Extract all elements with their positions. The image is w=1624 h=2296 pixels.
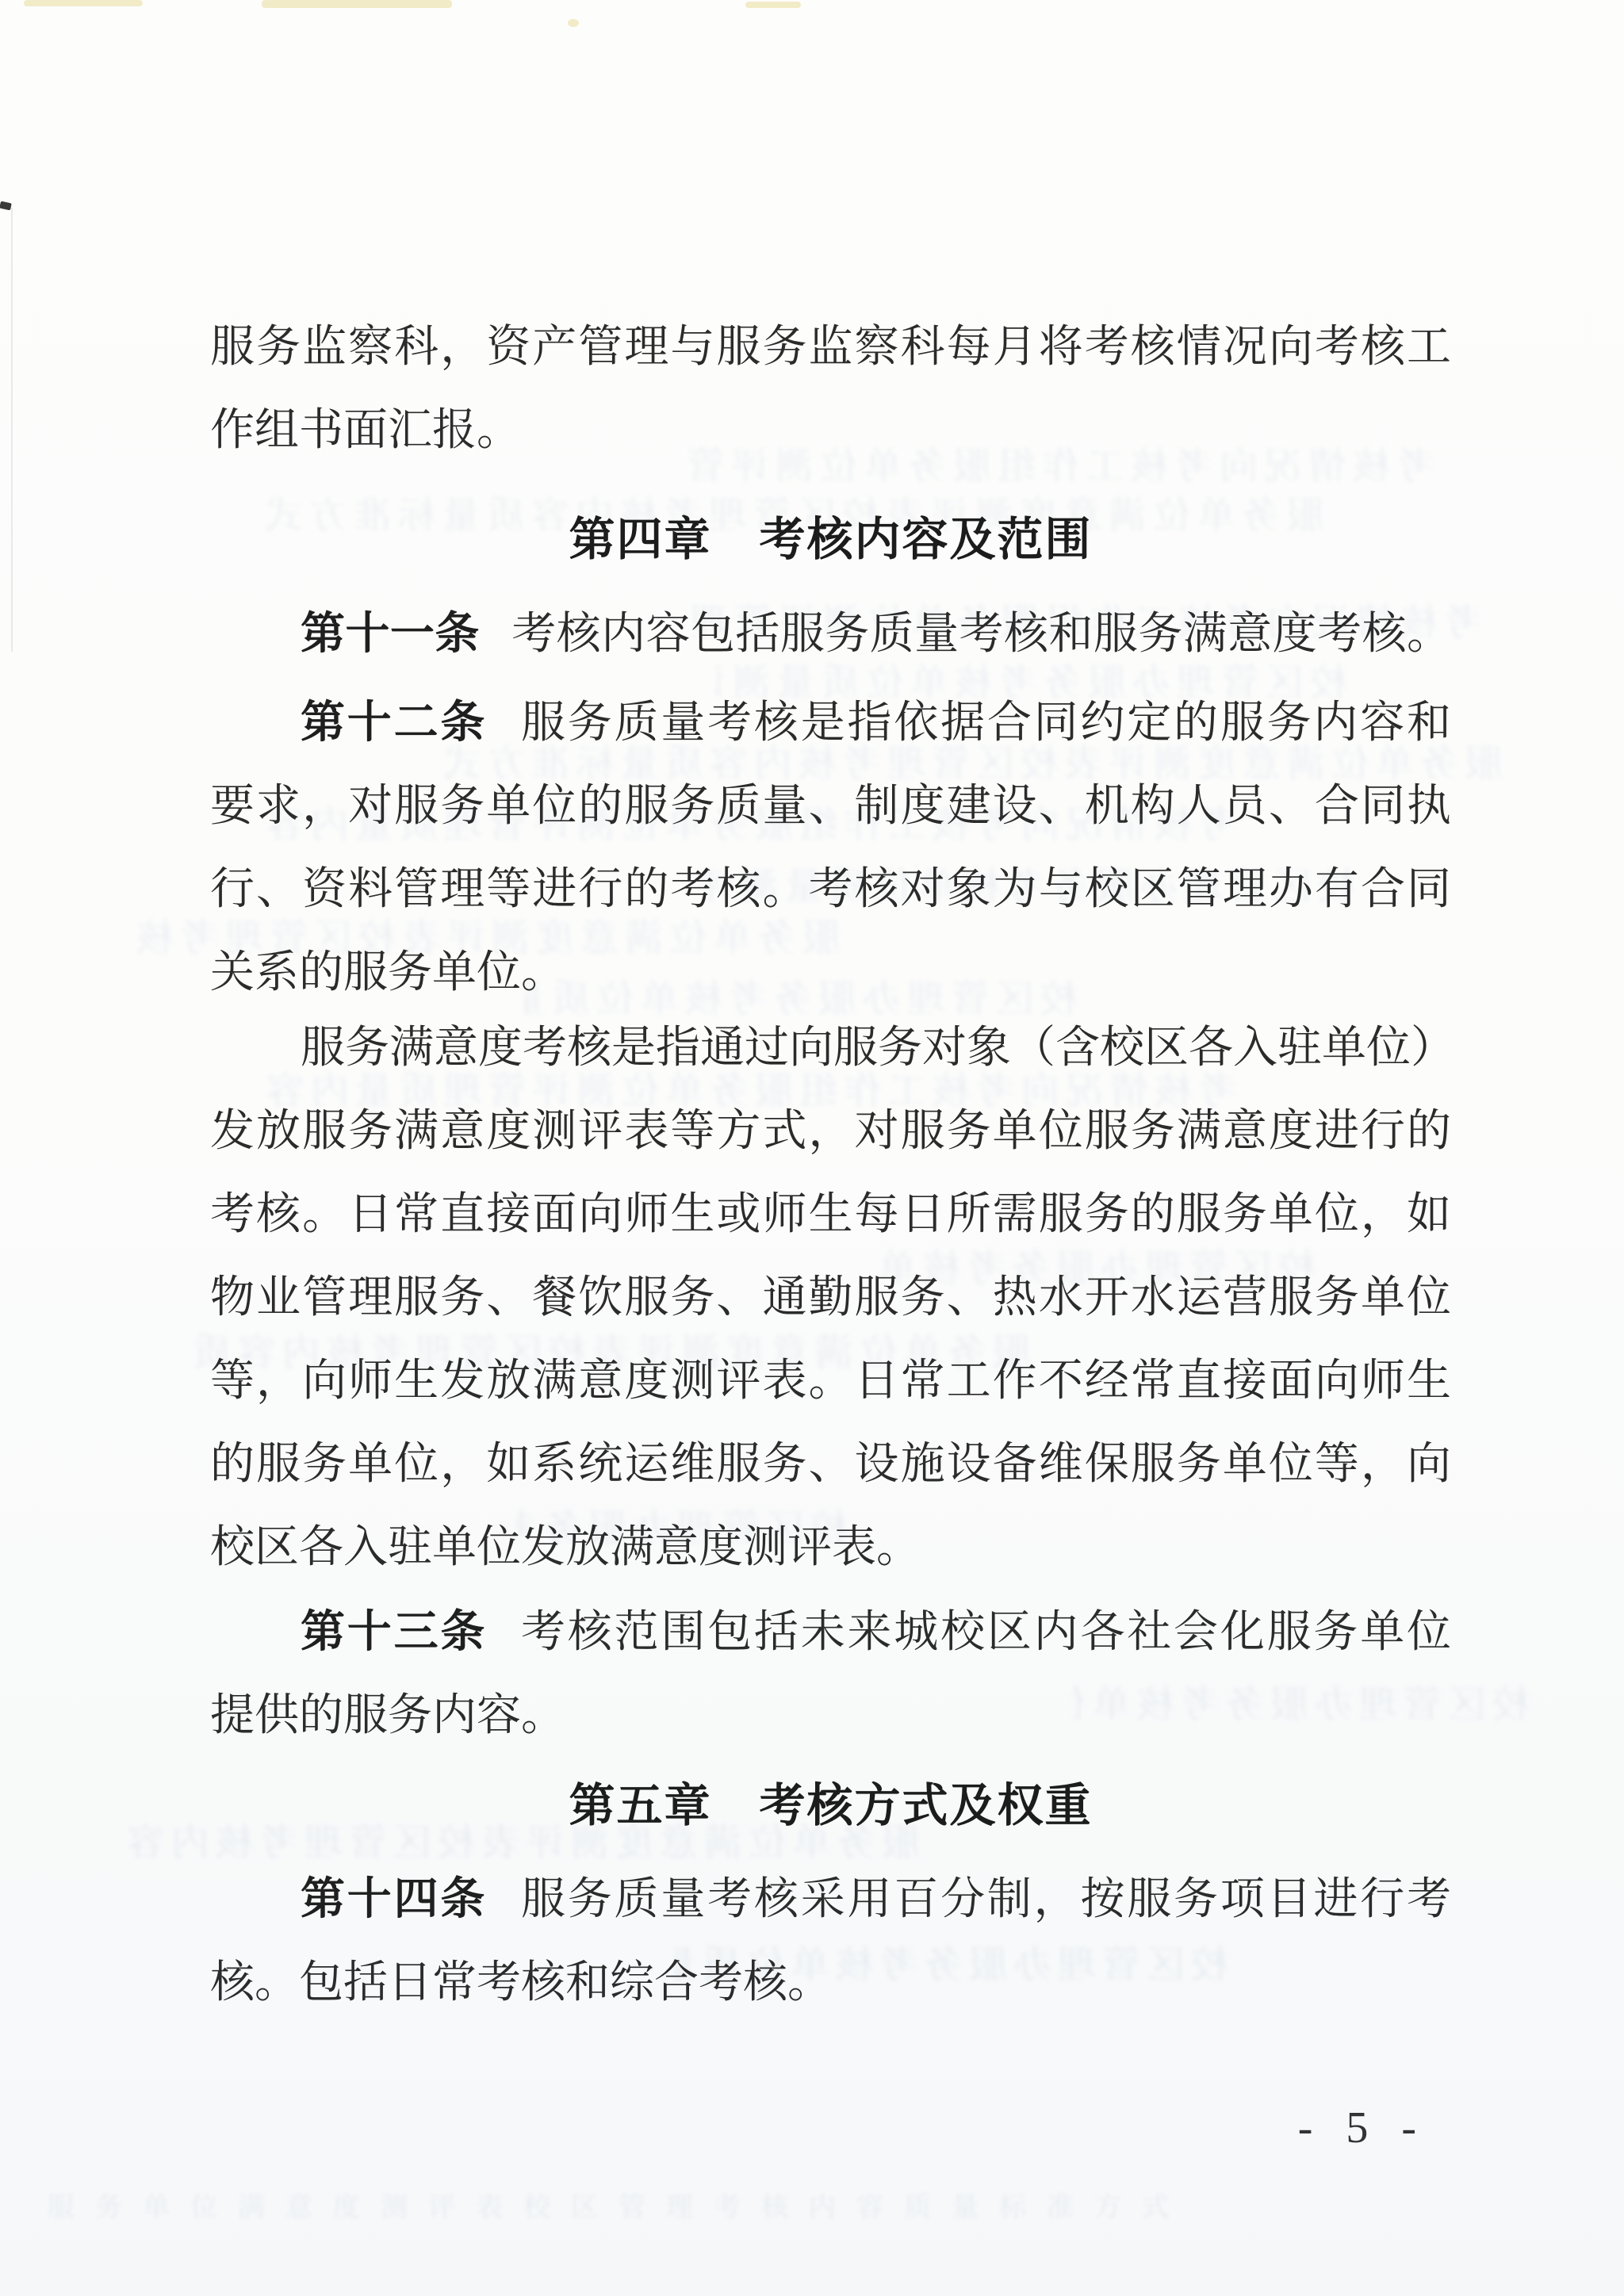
article-13-text: 考核范围包括未来城校区内各社会化服务单位 — [519, 1608, 1451, 1657]
text-line: 第十二条服务质量考核是指依据合同约定的服务内容和 — [210, 680, 1451, 765]
article-11: 第十一条考核内容包括服务质量考核和服务满意度考核。 — [210, 591, 1451, 676]
article-14-text: 服务质量考核采用百分制，按服务项目进行考 — [519, 1875, 1451, 1924]
scan-edge-mark — [0, 201, 12, 211]
paper-crease — [11, 208, 13, 652]
text-line: 作组书面汇报。 — [210, 389, 1451, 473]
article-13: 第十三条考核范围包括未来城校区内各社会化服务单位 提供的服务内容。 — [210, 1590, 1451, 1758]
scan-speck — [262, 0, 452, 8]
document-text-block: 服务监察科，资产管理与服务监察科每月将考核情况向考核工 作组书面汇报。 第四章 … — [210, 306, 1451, 2152]
text-line: 的服务单位，如系统运维服务、设施设备维保服务单位等，向 — [210, 1423, 1451, 1506]
chapter-4-heading: 第四章 考核内容及范围 — [210, 498, 1451, 581]
text-line: 提供的服务内容。 — [210, 1674, 1451, 1758]
text-line: 等，向师生发放满意度测评表。日常工作不经常直接面向师生 — [210, 1340, 1451, 1423]
scan-speck — [568, 19, 579, 27]
article-11-text: 考核内容包括服务质量考核和服务满意度考核。 — [511, 610, 1451, 659]
text-line: 服务满意度考核是指通过向服务对象（含校区各入驻单位） — [210, 1007, 1451, 1090]
paragraph-intro: 服务监察科，资产管理与服务监察科每月将考核情况向考核工 作组书面汇报。 — [210, 306, 1451, 473]
text-line: 要求，对服务单位的服务质量、制度建设、机构人员、合同执 — [210, 765, 1451, 848]
text-line: 核。包括日常考核和综合考核。 — [210, 1942, 1451, 2025]
chapter-5-heading: 第五章 考核方式及权重 — [210, 1764, 1451, 1847]
article-12-number: 第十二条 — [301, 697, 487, 747]
text-line: 物业管理服务、餐饮服务、通勤服务、热水开水运营服务单位 — [210, 1257, 1451, 1340]
text-line: 发放服务满意度测评表等方式，对服务单位服务满意度进行的 — [210, 1090, 1451, 1173]
text-line: 行、资料管理等进行的考核。考核对象为与校区管理办有合同 — [210, 848, 1451, 932]
article-14-number: 第十四条 — [301, 1873, 487, 1923]
scanned-document-page: 考核情况向考核工作组服务单位测评管理质量内容 服务单位满意度测评表校区管理考核内… — [0, 0, 1624, 2296]
text-line: 考核。日常直接面向师生或师生每日所需服务的服务单位，如 — [210, 1173, 1451, 1257]
text-line: 关系的服务单位。 — [210, 932, 1451, 1015]
article-12-text: 服务质量考核是指依据合同约定的服务内容和 — [519, 698, 1451, 748]
article-12: 第十二条服务质量考核是指依据合同约定的服务内容和 要求，对服务单位的服务质量、制… — [210, 680, 1451, 1015]
article-14: 第十四条服务质量考核采用百分制，按服务项目进行考 核。包括日常考核和综合考核。 — [210, 1857, 1451, 2025]
satisfaction-paragraph: 服务满意度考核是指通过向服务对象（含校区各入驻单位） 发放服务满意度测评表等方式… — [210, 1007, 1451, 1590]
bleed-through-line: 服务单位满意度测评表校区管理考核内容质量标准方式 — [48, 2192, 1538, 2224]
scan-speck — [24, 0, 143, 6]
article-11-number: 第十一条 — [301, 608, 480, 658]
page-number: - 5 - — [210, 2104, 1451, 2152]
text-line: 第十四条服务质量考核采用百分制，按服务项目进行考 — [210, 1857, 1451, 1942]
text-line: 第十一条考核内容包括服务质量考核和服务满意度考核。 — [210, 591, 1451, 676]
text-line: 第十三条考核范围包括未来城校区内各社会化服务单位 — [210, 1590, 1451, 1674]
text-line: 校区各入驻单位发放满意度测评表。 — [210, 1506, 1451, 1590]
text-line: 服务监察科，资产管理与服务监察科每月将考核情况向考核工 — [210, 306, 1451, 389]
article-13-number: 第十三条 — [301, 1606, 487, 1656]
scan-speck — [745, 2, 801, 8]
